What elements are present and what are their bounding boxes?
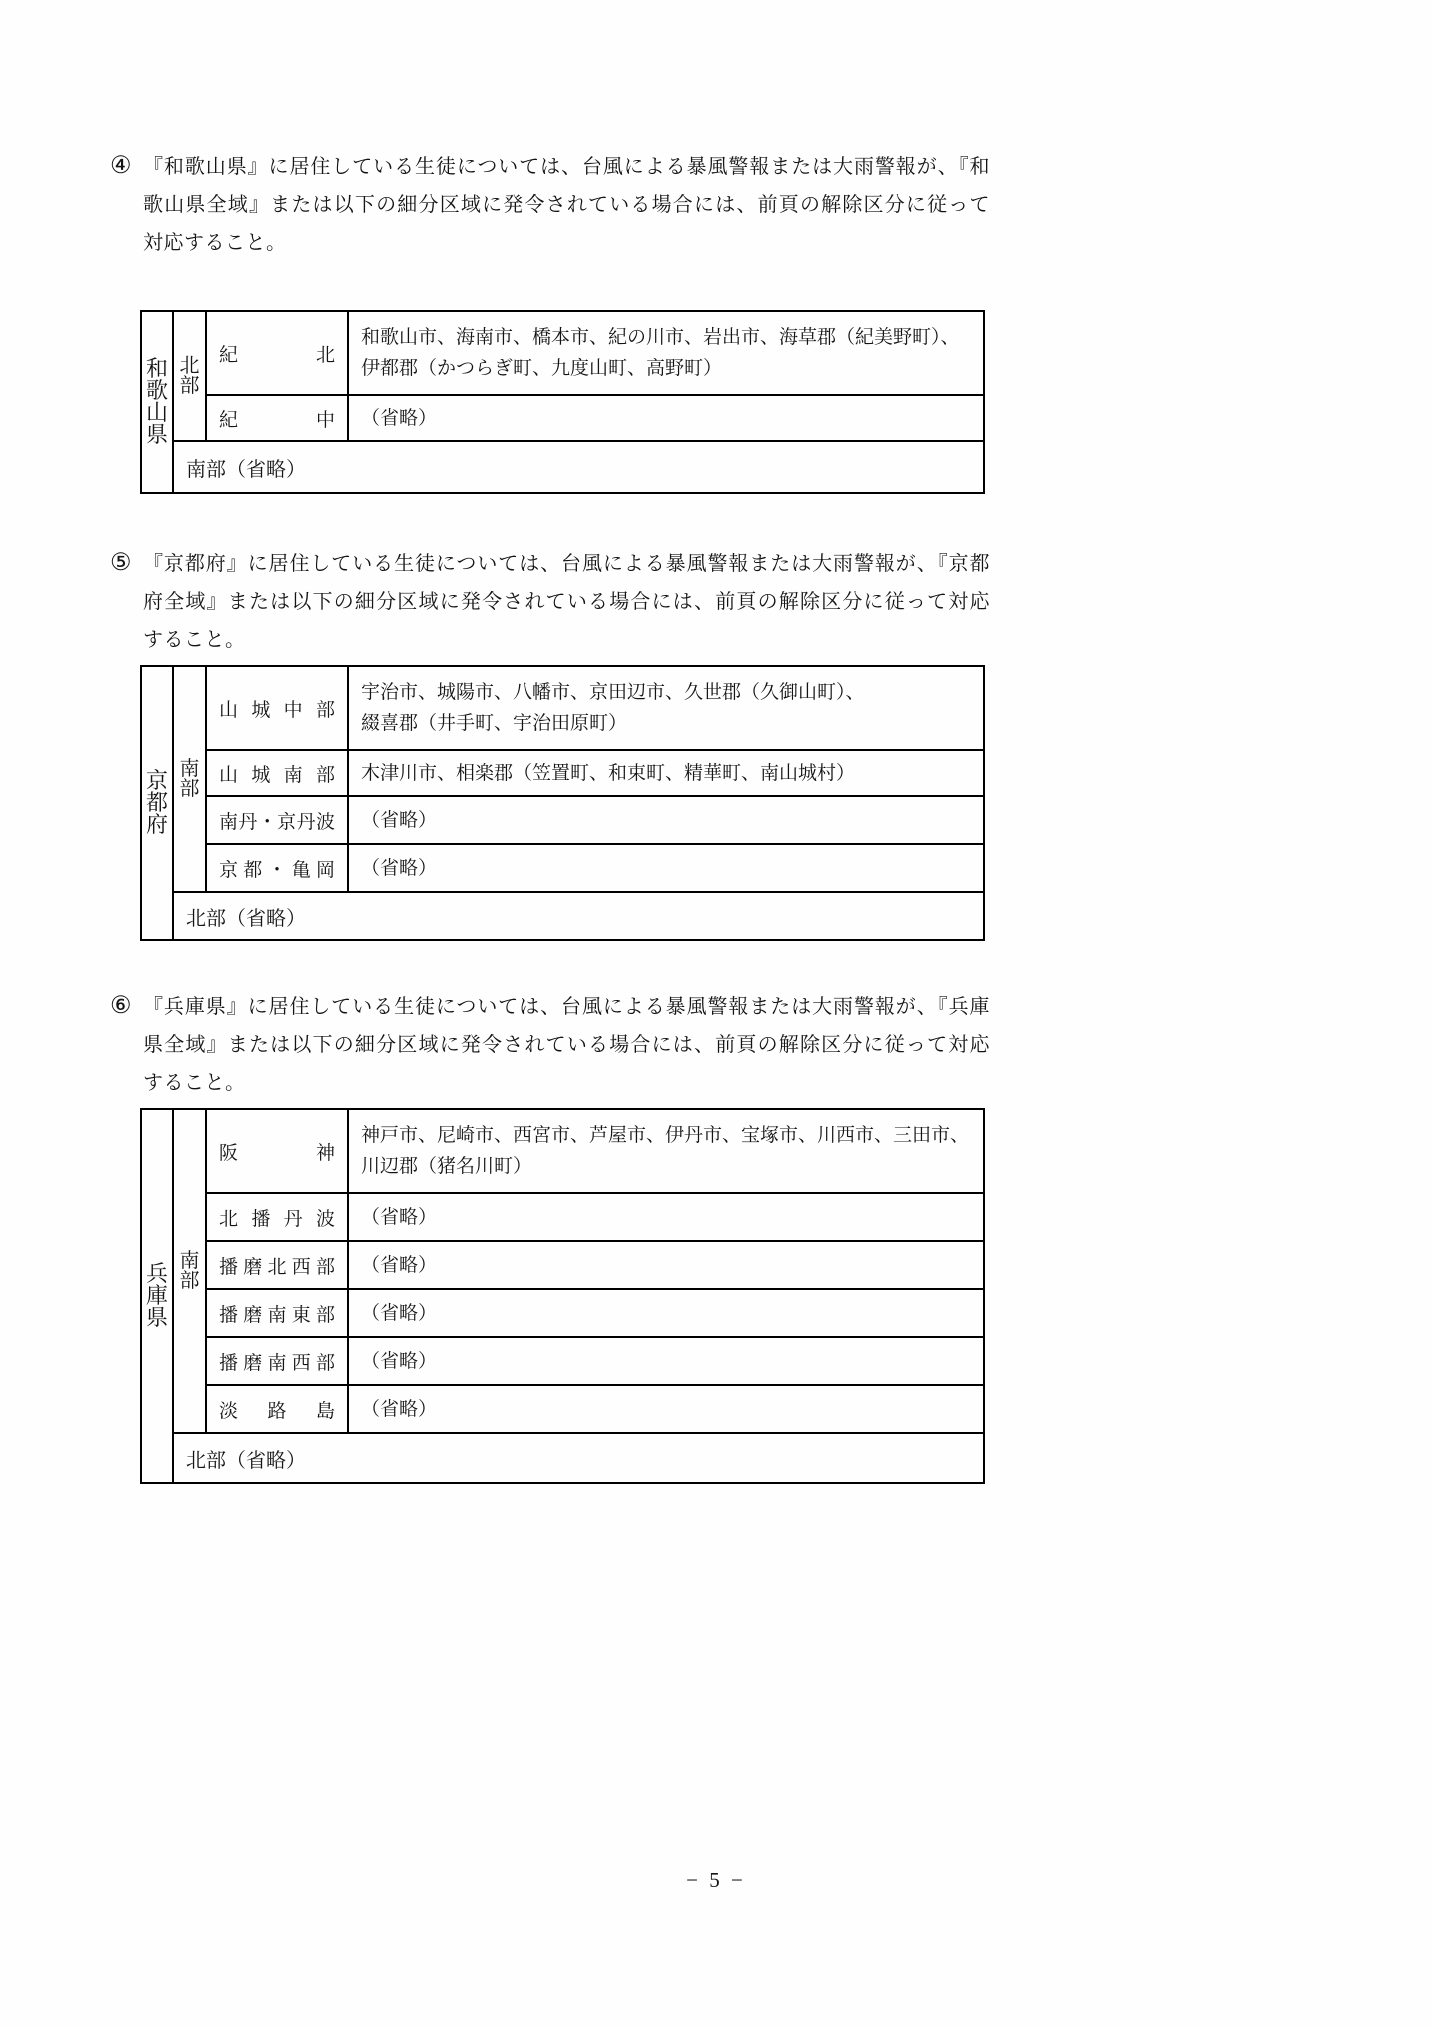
cell-label-harima-nanto: 播磨南東部 <box>207 1290 349 1338</box>
region-label: 播磨北西部 <box>207 1252 347 1279</box>
cell-label-hokuban-tanba: 北播丹波 <box>207 1194 349 1242</box>
cell-label-yamashiro-nanbu: 山城南部 <box>207 751 349 797</box>
group-label: 南部 <box>180 1251 200 1291</box>
cell-group-nanbu: 南部 <box>174 1110 207 1434</box>
cell-footer-hokubu: 北部（省略） <box>174 1434 983 1482</box>
paragraph-line: 歌山県全域』または以下の細分区域に発令されている場合には、前頁の解除区分に従って <box>143 186 990 224</box>
paragraph-line: 『兵庫県』に居住している生徒については、台風による暴風警報または大雨警報が、『兵… <box>143 988 990 1026</box>
cell-group-hokubu: 北部 <box>174 312 207 442</box>
cell-content-kichu: （省略） <box>349 396 983 442</box>
cell-content-hokuban-tanba: （省略） <box>349 1194 983 1242</box>
cell-footer-nanbu: 南部（省略） <box>174 442 983 492</box>
page-number: − 5 − <box>0 1868 1432 1893</box>
cell-content-harima-hokusei: （省略） <box>349 1242 983 1290</box>
paragraph-line: すること。 <box>143 621 990 659</box>
cell-group-nanbu: 南部 <box>174 667 207 893</box>
region-label: 播磨南西部 <box>207 1348 347 1375</box>
region-label: 紀中 <box>207 405 347 432</box>
circled-number-6: ⑥ <box>110 994 132 1018</box>
cell-content-hanshin: 神戸市、尼崎市、西宮市、芦屋市、伊丹市、宝塚市、川西市、三田市、 川辺郡（猪名川… <box>349 1110 983 1194</box>
paragraph-hyogo: ⑥ 『兵庫県』に居住している生徒については、台風による暴風警報または大雨警報が、… <box>143 988 990 1102</box>
cell-label-kihoku: 紀北 <box>207 312 349 396</box>
region-label: 淡路島 <box>207 1396 347 1423</box>
region-label: 播磨南東部 <box>207 1300 347 1327</box>
region-label: 南丹・京丹波 <box>207 807 347 834</box>
cell-content-awajishima: （省略） <box>349 1386 983 1434</box>
cell-label-harima-hokusei: 播磨北西部 <box>207 1242 349 1290</box>
cell-prefecture-wakayama: 和歌山県 <box>142 312 174 492</box>
cell-label-awajishima: 淡路島 <box>207 1386 349 1434</box>
table-hyogo: 兵庫県 南部 阪神 神戸市、尼崎市、西宮市、芦屋市、伊丹市、宝塚市、川西市、三田… <box>140 1108 985 1484</box>
region-label: 山城中部 <box>207 695 347 722</box>
table-kyoto: 京都府 南部 山城中部 宇治市、城陽市、八幡市、京田辺市、久世郡（久御山町）、 … <box>140 665 985 941</box>
paragraph-line: 対応すること。 <box>143 224 990 262</box>
paragraph-wakayama: ④ 『和歌山県』に居住している生徒については、台風による暴風警報または大雨警報が… <box>143 148 990 262</box>
cell-content-harima-nanto: （省略） <box>349 1290 983 1338</box>
cell-content-kyoto-kameoka: （省略） <box>349 845 983 893</box>
region-label: 北播丹波 <box>207 1204 347 1231</box>
prefecture-label: 兵庫県 <box>146 1263 168 1329</box>
cell-prefecture-hyogo: 兵庫県 <box>142 1110 174 1482</box>
cell-prefecture-kyoto: 京都府 <box>142 667 174 939</box>
cell-label-kyoto-kameoka: 京都・亀岡 <box>207 845 349 893</box>
table-wakayama: 和歌山県 北部 紀北 和歌山市、海南市、橋本市、紀の川市、岩出市、海草郡（紀美野… <box>140 310 985 494</box>
circled-number-4: ④ <box>110 154 132 178</box>
region-label: 山城南部 <box>207 760 347 787</box>
cell-label-yamashiro-chubu: 山城中部 <box>207 667 349 751</box>
region-label: 紀北 <box>207 340 347 367</box>
cell-content-nantan-kyotanba: （省略） <box>349 797 983 845</box>
region-label: 京都・亀岡 <box>207 855 347 882</box>
cell-label-nantan-kyotanba: 南丹・京丹波 <box>207 797 349 845</box>
paragraph-line: 『和歌山県』に居住している生徒については、台風による暴風警報または大雨警報が、『… <box>143 148 990 186</box>
group-label: 南部 <box>180 759 200 799</box>
paragraph-line: すること。 <box>143 1064 990 1102</box>
region-label: 阪神 <box>207 1138 347 1165</box>
document-page: ④ 『和歌山県』に居住している生徒については、台風による暴風警報または大雨警報が… <box>0 0 1432 2026</box>
cell-content-kihoku: 和歌山市、海南市、橋本市、紀の川市、岩出市、海草郡（紀美野町）、 伊都郡（かつら… <box>349 312 983 396</box>
cell-content-harima-nansei: （省略） <box>349 1338 983 1386</box>
paragraph-line: 県全域』または以下の細分区域に発令されている場合には、前頁の解除区分に従って対応 <box>143 1026 990 1064</box>
group-label: 北部 <box>180 356 200 396</box>
cell-label-kichu: 紀中 <box>207 396 349 442</box>
cell-label-harima-nansei: 播磨南西部 <box>207 1338 349 1386</box>
cell-label-hanshin: 阪神 <box>207 1110 349 1194</box>
paragraph-line: 『京都府』に居住している生徒については、台風による暴風警報または大雨警報が、『京… <box>143 545 990 583</box>
cell-content-yamashiro-nanbu: 木津川市、相楽郡（笠置町、和束町、精華町、南山城村） <box>349 751 983 797</box>
cell-content-yamashiro-chubu: 宇治市、城陽市、八幡市、京田辺市、久世郡（久御山町）、 綴喜郡（井手町、宇治田原… <box>349 667 983 751</box>
paragraph-kyoto: ⑤ 『京都府』に居住している生徒については、台風による暴風警報または大雨警報が、… <box>143 545 990 659</box>
prefecture-label: 和歌山県 <box>146 358 168 446</box>
paragraph-line: 府全域』または以下の細分区域に発令されている場合には、前頁の解除区分に従って対応 <box>143 583 990 621</box>
circled-number-5: ⑤ <box>110 551 132 575</box>
cell-footer-hokubu: 北部（省略） <box>174 893 983 939</box>
prefecture-label: 京都府 <box>146 770 168 836</box>
